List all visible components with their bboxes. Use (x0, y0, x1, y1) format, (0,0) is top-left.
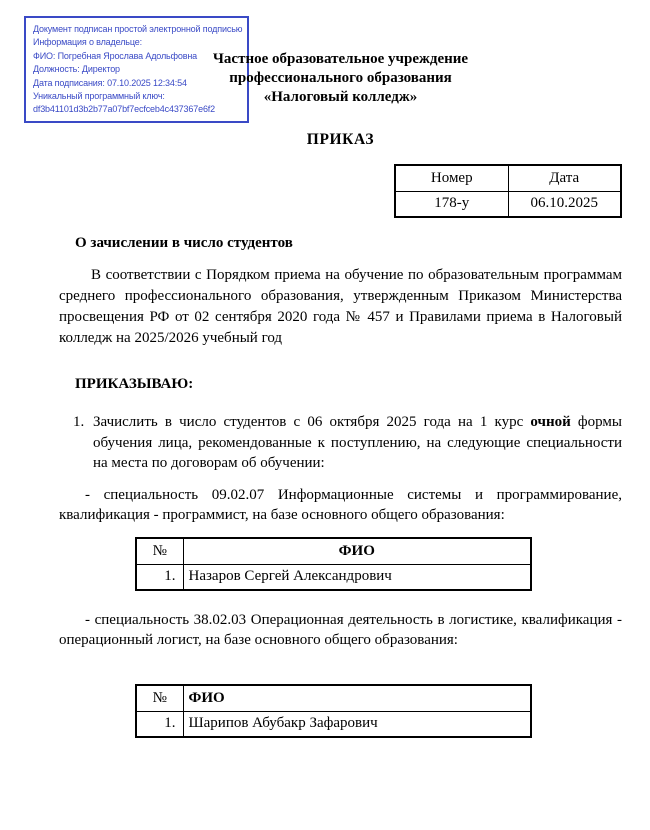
meta-number-value: 178-у (395, 191, 508, 217)
specialty-paragraph-2: - специальность 38.02.03 Операционная де… (59, 610, 622, 651)
preamble-paragraph: В соответствии с Порядком приема на обуч… (59, 265, 622, 349)
meta-header-date: Дата (508, 165, 621, 191)
document-content: Частное образовательное учреждение профе… (59, 0, 622, 738)
students-table-1-header-row: № ФИО (136, 538, 531, 565)
subject-heading: О зачислении в число студентов (59, 235, 622, 252)
order-meta-table: Номер Дата 178-у 06.10.2025 (394, 164, 622, 218)
item-1-text-before: Зачислить в число студентов с 06 октября… (93, 414, 530, 430)
students-table-2-row: 1. Шарипов Абубакр Зафарович (136, 712, 531, 737)
students-table-1-row-num: 1. (136, 565, 183, 590)
org-name-line-2: профессионального образования (59, 69, 622, 88)
meta-header-row: Номер Дата (395, 165, 621, 191)
meta-date-value: 06.10.2025 (508, 191, 621, 217)
students-table-2: № ФИО 1. Шарипов Абубакр Зафарович (135, 684, 532, 738)
resolution-heading: ПРИКАЗЫВАЮ: (59, 376, 622, 393)
meta-value-row: 178-у 06.10.2025 (395, 191, 621, 217)
students-table-1-row: 1. Назаров Сергей Александрович (136, 565, 531, 590)
students-table-2-row-fio: Шарипов Абубакр Зафарович (183, 712, 531, 737)
students-table-1: № ФИО 1. Назаров Сергей Александрович (135, 537, 532, 591)
org-name-line-3: «Налоговый колледж» (59, 88, 622, 107)
students-table-1-header-fio: ФИО (183, 538, 531, 565)
specialty-paragraph-1: - специальность 09.02.07 Информационные … (59, 485, 622, 526)
item-1-bold-word: очной (530, 414, 570, 430)
item-1-number: 1. (59, 412, 93, 474)
students-table-2-row-num: 1. (136, 712, 183, 737)
students-table-1-row-fio: Назаров Сергей Александрович (183, 565, 531, 590)
document-page: Документ подписан простой электронной по… (0, 0, 650, 830)
meta-header-number: Номер (395, 165, 508, 191)
org-name-line-1: Частное образовательное учреждение (59, 50, 622, 69)
students-table-2-header-fio: ФИО (183, 685, 531, 712)
item-1-text: Зачислить в число студентов с 06 октября… (93, 412, 622, 474)
document-type-title: ПРИКАЗ (59, 131, 622, 149)
students-table-1-wrap: № ФИО 1. Назаров Сергей Александрович (59, 537, 622, 591)
students-table-2-header-num: № (136, 685, 183, 712)
students-table-2-wrap: № ФИО 1. Шарипов Абубакр Зафарович (59, 684, 622, 738)
students-table-2-header-row: № ФИО (136, 685, 531, 712)
order-item-1: 1. Зачислить в число студентов с 06 октя… (59, 412, 622, 474)
order-meta-wrap: Номер Дата 178-у 06.10.2025 (59, 164, 622, 218)
organization-name: Частное образовательное учреждение профе… (59, 50, 622, 107)
students-table-1-header-num: № (136, 538, 183, 565)
